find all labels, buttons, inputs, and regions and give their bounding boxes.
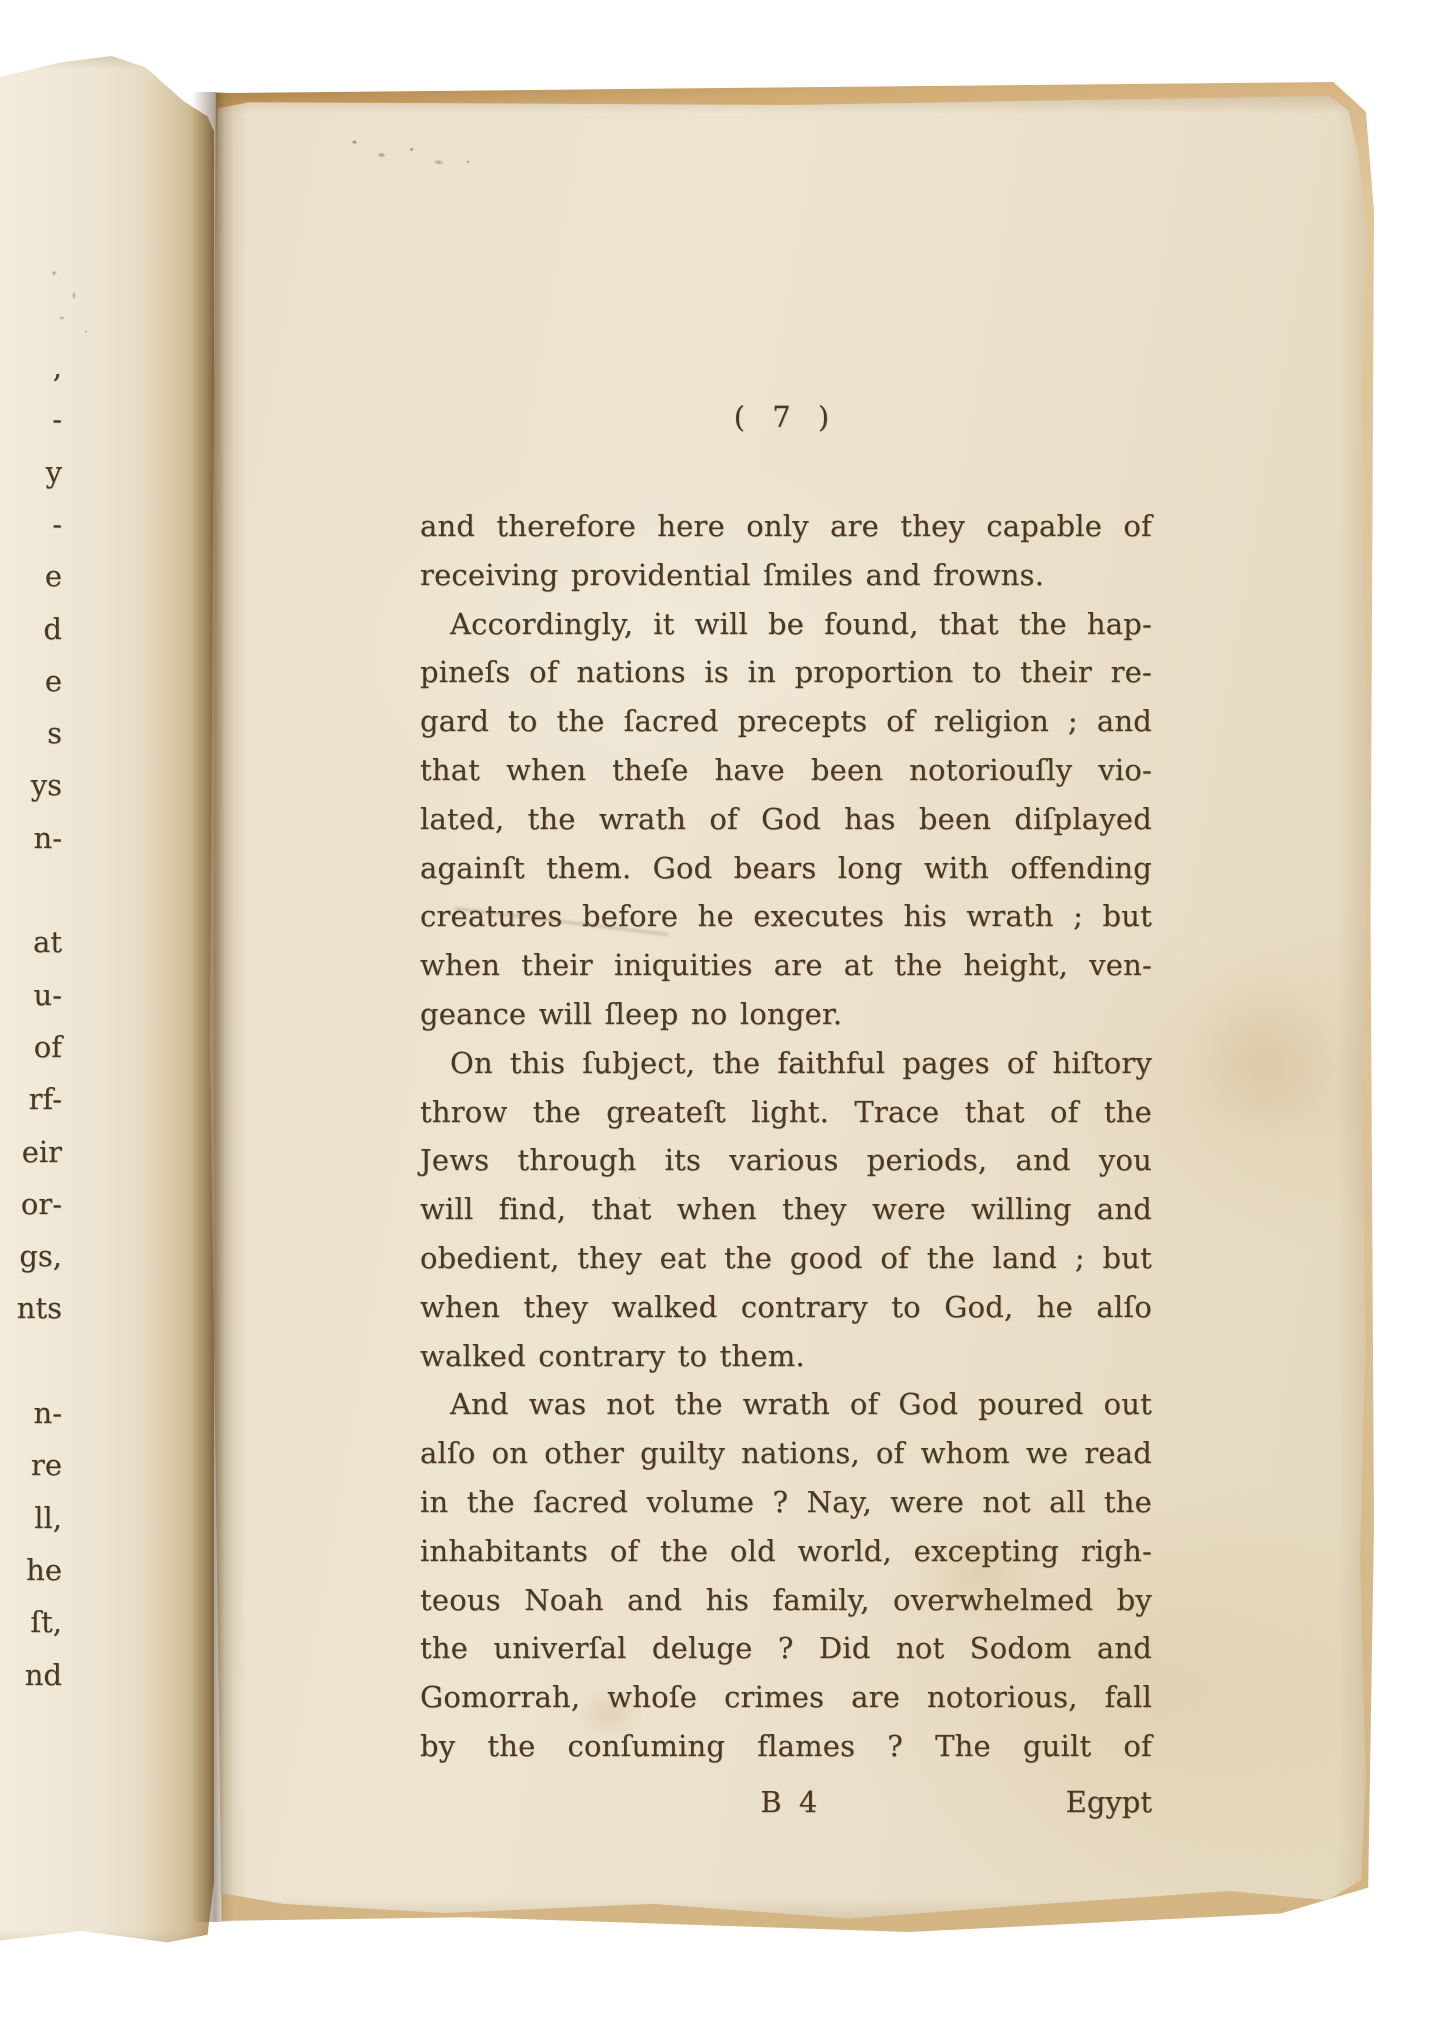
- fragment-text: nts: [17, 1293, 62, 1325]
- fragment-text: nd: [25, 1660, 62, 1692]
- text-line: pineſs of nations is in proportion to th…: [420, 648, 1152, 697]
- text-line: Accordingly, it will be found, that the …: [420, 600, 1152, 649]
- fragment-text: re: [31, 1450, 62, 1482]
- text-line: Gomorrah, whoſe crimes are notorious, fa…: [420, 1673, 1152, 1722]
- signature-mark: B 4: [760, 1778, 821, 1827]
- fragment-text: at: [33, 927, 62, 959]
- catchword: Egypt: [1066, 1778, 1152, 1827]
- text-line: alſo on other guilty nations, of whom we…: [420, 1429, 1152, 1478]
- fragment-text: s: [47, 718, 62, 750]
- gutter-shadow: [192, 92, 234, 1922]
- text-line: againſt them. God bears long with offend…: [420, 844, 1152, 893]
- fragment-text: gs,: [19, 1241, 62, 1273]
- text-line: And was not the wrath of God poured out: [420, 1380, 1152, 1429]
- fragment-text: y: [46, 457, 62, 489]
- fragment-text: e: [45, 561, 62, 593]
- text-line: Jews through its various periods, and yo…: [420, 1136, 1152, 1185]
- left-page-fragments: ,-y-edesysn-atu-ofrf-eiror-gs,ntsn-rell,…: [0, 0, 70, 2023]
- text-line: will find, that when they were willing a…: [420, 1185, 1152, 1234]
- text-line: inhabitants of the old world, excepting …: [420, 1527, 1152, 1576]
- text-line: that when theſe have been notoriouſly vi…: [420, 746, 1152, 795]
- text-line: lated, the wrath of God has been diſplay…: [420, 795, 1152, 844]
- fragment-text: he: [26, 1555, 62, 1587]
- fragment-text: d: [43, 614, 62, 646]
- text-line: gard to the ſacred precepts of religion …: [420, 697, 1152, 746]
- fragment-text: n-: [34, 1398, 62, 1430]
- text-line: when they walked contrary to God, he alſ…: [420, 1283, 1152, 1332]
- fragment-text: ,: [53, 352, 62, 384]
- signature-line: B 4 Egypt: [420, 1778, 1152, 1827]
- fragment-text: rf-: [29, 1084, 62, 1116]
- text-line: geance will ſleep no longer.: [420, 990, 1152, 1039]
- text-line: teous Noah and his family, overwhelmed b…: [420, 1576, 1152, 1625]
- text-line: receiving providential ſmiles and frowns…: [420, 551, 1152, 600]
- fragment-text: ll,: [34, 1503, 62, 1535]
- text-line: throw the greateſt light. Trace that of …: [420, 1088, 1152, 1137]
- text-line: obedient, they eat the good of the land …: [420, 1234, 1152, 1283]
- fragment-text: u-: [34, 980, 62, 1012]
- fragment-text: ys: [31, 770, 62, 802]
- book-photo: ,-y-edesysn-atu-ofrf-eiror-gs,ntsn-rell,…: [0, 0, 1445, 2023]
- text-line: and therefore here only are they capable…: [420, 502, 1152, 551]
- page-text: and therefore here only are they capable…: [420, 502, 1152, 1771]
- fragment-text: -: [52, 509, 62, 541]
- text-line: when their iniquities are at the height,…: [420, 941, 1152, 990]
- fragment-text: eir: [22, 1137, 62, 1169]
- text-line: in the ſacred volume ? Nay, were not all…: [420, 1478, 1152, 1527]
- edge-specks: [332, 126, 495, 185]
- book-page: ( 7 ) and therefore here only are they c…: [214, 94, 1368, 1924]
- fragment-text: e: [45, 666, 62, 698]
- text-line: by the conſuming flames ? The guilt of: [420, 1722, 1152, 1771]
- fragment-text: -: [52, 404, 62, 436]
- fragment-text: n-: [34, 823, 62, 855]
- text-line: walked contrary to them.: [420, 1332, 1152, 1381]
- text-line: the univerſal deluge ? Did not Sodom and: [420, 1624, 1152, 1673]
- fragment-text: ſt,: [30, 1607, 62, 1639]
- page-number: ( 7 ): [420, 400, 1152, 434]
- paper-stain: [1189, 974, 1339, 1144]
- text-line: creatures before he executes his wrath ;…: [420, 892, 1152, 941]
- fragment-text: of: [34, 1032, 62, 1064]
- text-line: On this ſubject, the faithful pages of h…: [420, 1039, 1152, 1088]
- fragment-text: or-: [21, 1189, 62, 1221]
